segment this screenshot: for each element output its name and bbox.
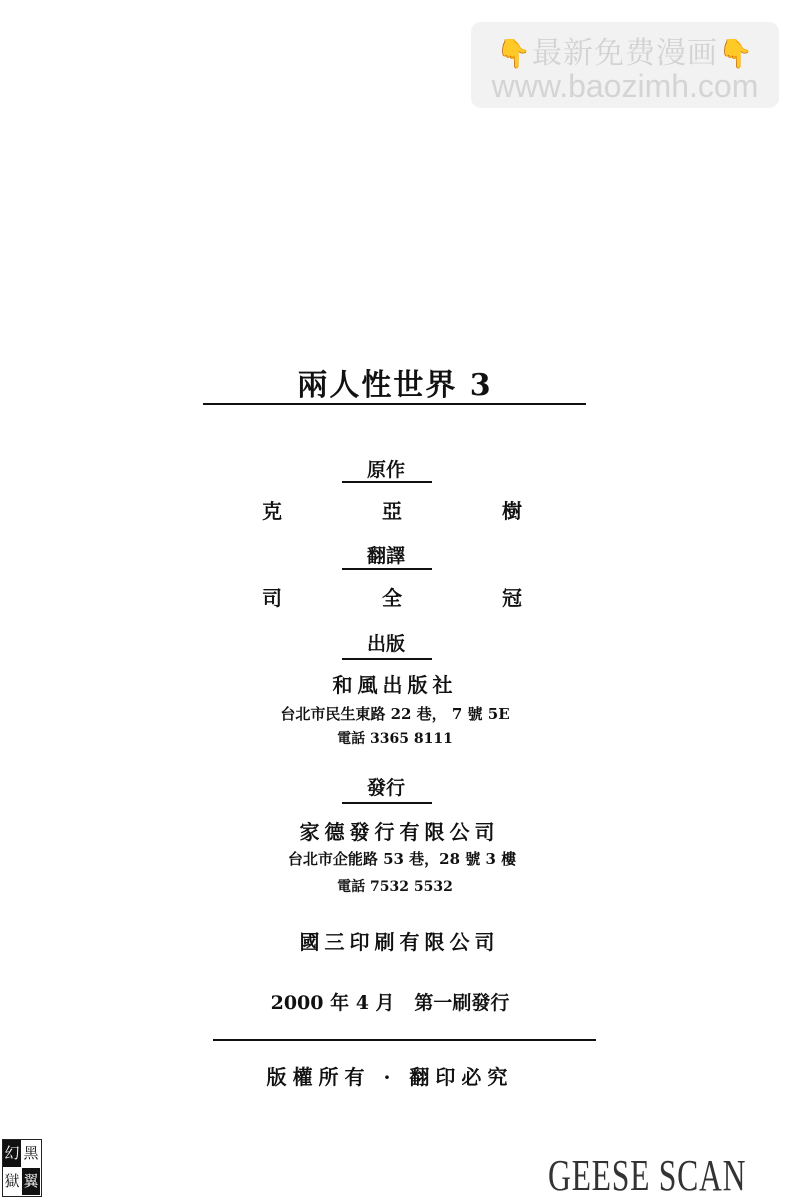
author-char: 樹 <box>502 495 522 524</box>
scan-group-name: GEESE SCAN <box>548 1150 746 1199</box>
section-label-distributor: 發行 <box>340 773 432 800</box>
logo-char: 獄 <box>3 1168 21 1195</box>
section-label-translation: 翻譯 <box>340 541 432 568</box>
section-label-publisher: 出版 <box>340 629 432 656</box>
distributor-address: 台北市企能路 53 巷，28 號 3 樓 <box>272 848 532 869</box>
scan-group-logo: 幻 黑 獄 翼 <box>2 1139 42 1197</box>
translator-char: 司 <box>262 582 282 611</box>
edition-info: 2000 年 4 月 第一刷發行 <box>255 988 525 1015</box>
distributor-phone: 電話 7532 5532 <box>320 876 470 896</box>
translator-char: 全 <box>382 582 402 611</box>
publisher-phone: 電話 3365 8111 <box>320 728 470 748</box>
publisher-address: 台北市民生東路 22 巷， 7 號 5E <box>260 703 530 724</box>
book-title: 兩人性世界 3 <box>200 360 590 404</box>
author-char: 亞 <box>382 495 402 524</box>
watermark-url[interactable]: www.baozimh.com <box>471 68 779 105</box>
label-divider <box>342 802 432 804</box>
author-char: 克 <box>262 495 282 524</box>
logo-char: 翼 <box>22 1168 40 1195</box>
label-divider <box>342 481 432 483</box>
author-name: 克 亞 樹 <box>262 495 522 524</box>
logo-char: 幻 <box>3 1140 21 1167</box>
label-divider <box>342 568 432 570</box>
section-label-original: 原作 <box>340 455 432 482</box>
translator-char: 冠 <box>502 582 522 611</box>
watermark-text: 最新免费漫画 <box>532 36 718 71</box>
label-divider <box>342 658 432 660</box>
distributor-company: 家德發行有限公司 <box>262 816 537 845</box>
title-divider <box>203 403 586 405</box>
copyright-notice: 版權所有 · 翻印必究 <box>245 1061 535 1090</box>
pointing-hand-icon: 👇 <box>496 37 532 70</box>
bottom-divider <box>213 1039 596 1041</box>
watermark-banner[interactable]: 👇最新免费漫画👇 www.baozimh.com <box>471 22 779 108</box>
pointing-hand-icon: 👇 <box>718 37 754 70</box>
publisher-company: 和風出版社 <box>290 669 500 698</box>
translator-name: 司 全 冠 <box>262 582 522 611</box>
printer-company: 國三印刷有限公司 <box>262 926 537 955</box>
logo-char: 黑 <box>22 1140 40 1167</box>
watermark-slogan: 👇最新免费漫画👇 <box>471 28 779 72</box>
